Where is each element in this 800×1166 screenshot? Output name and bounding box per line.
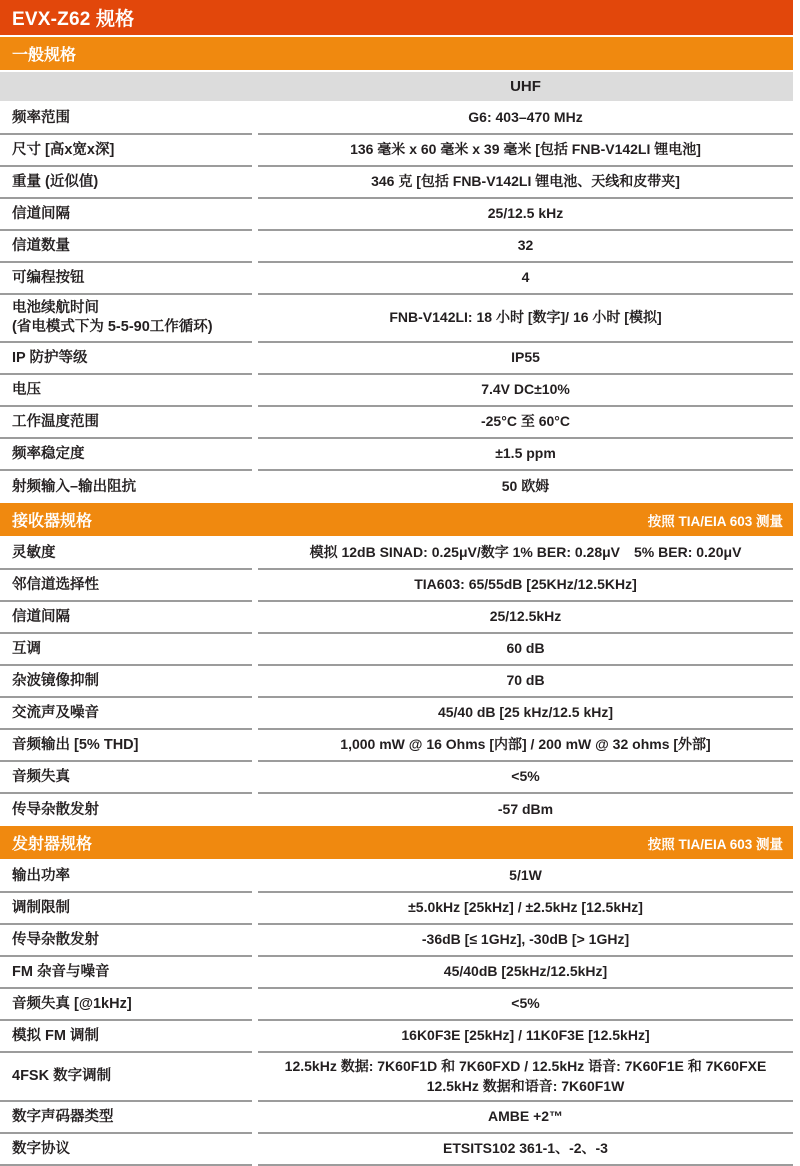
spec-value: 60 dB — [506, 639, 544, 659]
spec-value-cell: ±1.5 ppm — [258, 439, 793, 471]
spec-label: 调制限制 — [12, 899, 248, 918]
spec-row: IP 防护等级 IP55 — [0, 343, 793, 375]
section-title: 一般规格 — [12, 42, 76, 65]
spec-label-cell: 互调 — [0, 634, 252, 666]
spec-label-cell: 电池续航时间 (省电模式下为 5-5-90工作循环) — [0, 295, 252, 343]
spec-label: 重量 (近似值) — [12, 173, 248, 192]
spec-value: TIA603: 65/55dB [25KHz/12.5KHz] — [414, 575, 637, 595]
spec-row: 频率范围 G6: 403–470 MHz — [0, 103, 793, 135]
spec-label: 4FSK 数字调制 — [12, 1067, 248, 1086]
spec-label-cell: 灵敏度 — [0, 538, 252, 570]
spec-label: 传导杂散发射 — [12, 931, 248, 950]
spec-row: 杂波镜像抑制 70 dB — [0, 666, 793, 698]
spec-label: 输出功率 — [12, 867, 248, 886]
spec-value: 5/1W — [509, 866, 542, 886]
spec-rows: 频率范围 G6: 403–470 MHz 尺寸 [高x宽x深] 136 毫米 x… — [0, 103, 793, 503]
spec-label-cell: 4FSK 数字调制 — [0, 1053, 252, 1102]
spec-label: 信道数量 — [12, 237, 248, 256]
spec-row: 音频失真 [@1kHz] <5% — [0, 989, 793, 1021]
spec-label-cell: 尺寸 [高x宽x深] — [0, 135, 252, 167]
spec-value: 45/40dB [25kHz/12.5kHz] — [444, 962, 607, 982]
spec-value-cell: 60 dB — [258, 634, 793, 666]
spec-label: 杂波镜像抑制 — [12, 672, 248, 691]
spec-value-cell: 模拟 12dB SINAD: 0.25μV/数字 1% BER: 0.28μV … — [258, 538, 793, 570]
spec-value-cell: FNB-V142LI: 18 小时 [数字]/ 16 小时 [模拟] — [258, 295, 793, 343]
spec-label-cell: 信道间隔 — [0, 199, 252, 231]
spec-value-cell: 5/1W — [258, 861, 793, 893]
spec-row: FM 杂音与噪音 45/40dB [25kHz/12.5kHz] — [0, 957, 793, 989]
spec-value-cell: 70 dB — [258, 666, 793, 698]
spec-value: 45/40 dB [25 kHz/12.5 kHz] — [438, 703, 613, 723]
section-header-bar: 发射器规格 按照 TIA/EIA 603 测量 — [0, 826, 793, 859]
spec-value: ETSITS102 361-1、-2、-3 — [443, 1139, 608, 1159]
spec-value-cell: AMBE +2™ — [258, 1102, 793, 1134]
spec-value-cell: 50 欧姆 — [258, 471, 793, 503]
spec-label: 频率稳定度 — [12, 445, 248, 464]
spec-value: ±1.5 ppm — [495, 444, 556, 464]
spec-value-cell: TIA603: 65/55dB [25KHz/12.5KHz] — [258, 570, 793, 602]
spec-value: 32 — [518, 236, 534, 256]
spec-value-cell: G6: 403–470 MHz — [258, 103, 793, 135]
spec-label-cell: 模拟 FM 调制 — [0, 1021, 252, 1053]
spec-row: 电池续航时间 (省电模式下为 5-5-90工作循环) FNB-V142LI: 1… — [0, 295, 793, 343]
spec-sheet: EVX-Z62 规格 一般规格 UHF 频率范围 G6: 403–470 MHz… — [0, 0, 793, 1166]
spec-label-cell: 频率范围 — [0, 103, 252, 135]
spec-value: 7.4V DC±10% — [481, 380, 570, 400]
spec-row: 尺寸 [高x宽x深] 136 毫米 x 60 毫米 x 39 毫米 [包括 FN… — [0, 135, 793, 167]
spec-value-cell: 25/12.5kHz — [258, 602, 793, 634]
spec-row: 传导杂散发射 -36dB [≤ 1GHz], -30dB [> 1GHz] — [0, 925, 793, 957]
spec-value-cell: ±5.0kHz [25kHz] / ±2.5kHz [12.5kHz] — [258, 893, 793, 925]
spec-section: 接收器规格 按照 TIA/EIA 603 测量 灵敏度 模拟 12dB SINA… — [0, 503, 793, 826]
spec-label: 频率范围 — [12, 109, 248, 128]
spec-row: 数字协议 ETSITS102 361-1、-2、-3 — [0, 1134, 793, 1166]
section-title: 发射器规格 — [12, 831, 92, 854]
spec-row: 可编程按钮 4 — [0, 263, 793, 295]
spec-row: 灵敏度 模拟 12dB SINAD: 0.25μV/数字 1% BER: 0.2… — [0, 538, 793, 570]
spec-value: -25°C 至 60°C — [481, 412, 570, 432]
spec-label-cell: 信道数量 — [0, 231, 252, 263]
spec-label: 射频输入–输出阻抗 — [12, 478, 248, 497]
spec-label: 信道间隔 — [12, 608, 248, 627]
spec-label-cell: 音频失真 — [0, 762, 252, 794]
spec-label: 模拟 FM 调制 — [12, 1027, 248, 1046]
spec-value: 模拟 12dB SINAD: 0.25μV/数字 1% BER: 0.28μV … — [310, 543, 742, 563]
band-label: UHF — [258, 78, 793, 95]
spec-row: 输出功率 5/1W — [0, 861, 793, 893]
spec-label-cell: 音频失真 [@1kHz] — [0, 989, 252, 1021]
spec-label: 电池续航时间 — [12, 299, 248, 318]
spec-label-cell: IP 防护等级 — [0, 343, 252, 375]
section-header-bar: 接收器规格 按照 TIA/EIA 603 测量 — [0, 503, 793, 536]
spec-label-cell: 杂波镜像抑制 — [0, 666, 252, 698]
spec-row: 4FSK 数字调制 12.5kHz 数据: 7K60F1D 和 7K60FXD … — [0, 1053, 793, 1102]
spec-value: <5% — [511, 994, 539, 1014]
spec-rows: 灵敏度 模拟 12dB SINAD: 0.25μV/数字 1% BER: 0.2… — [0, 538, 793, 826]
spec-value: G6: 403–470 MHz — [468, 108, 582, 128]
spec-label-cell: 音频输出 [5% THD] — [0, 730, 252, 762]
spec-label-cell: 工作温度范围 — [0, 407, 252, 439]
spec-label: 电压 — [12, 381, 248, 400]
spec-label: 数字协议 — [12, 1140, 248, 1159]
spec-row: 数字声码器类型 AMBE +2™ — [0, 1102, 793, 1134]
spec-label: FM 杂音与噪音 — [12, 963, 248, 982]
spec-value-cell: 1,000 mW @ 16 Ohms [内部] / 200 mW @ 32 oh… — [258, 730, 793, 762]
spec-row: 交流声及噪音 45/40 dB [25 kHz/12.5 kHz] — [0, 698, 793, 730]
spec-label: 互调 — [12, 640, 248, 659]
spec-value: 16K0F3E [25kHz] / 11K0F3E [12.5kHz] — [401, 1026, 649, 1046]
spec-label-cell: 射频输入–输出阻抗 — [0, 471, 252, 503]
spec-label: 音频失真 — [12, 768, 248, 787]
spec-row: 重量 (近似值) 346 克 [包括 FNB-V142LI 锂电池、天线和皮带夹… — [0, 167, 793, 199]
spec-row: 音频失真 <5% — [0, 762, 793, 794]
spec-label-cell: 数字协议 — [0, 1134, 252, 1166]
spec-value: <5% — [511, 767, 539, 787]
spec-label-cell: 传导杂散发射 — [0, 925, 252, 957]
spec-rows: 输出功率 5/1W 调制限制 ±5.0kHz [25kHz] / ±2.5kHz… — [0, 861, 793, 1166]
spec-label-cell: 输出功率 — [0, 861, 252, 893]
spec-label-cell: 信道间隔 — [0, 602, 252, 634]
section-header-bar: 一般规格 — [0, 37, 793, 70]
spec-row: 频率稳定度 ±1.5 ppm — [0, 439, 793, 471]
spec-row: 互调 60 dB — [0, 634, 793, 666]
spec-value-cell: -57 dBm — [258, 794, 793, 826]
section-measurement-note: 按照 TIA/EIA 603 测量 — [648, 510, 783, 530]
spec-row: 电压 7.4V DC±10% — [0, 375, 793, 407]
spec-value-cell: 136 毫米 x 60 毫米 x 39 毫米 [包括 FNB-V142LI 锂电… — [258, 135, 793, 167]
spec-value: ±5.0kHz [25kHz] / ±2.5kHz [12.5kHz] — [408, 898, 643, 918]
spec-label: 邻信道选择性 — [12, 576, 248, 595]
spec-label-cell: 频率稳定度 — [0, 439, 252, 471]
spec-value-cell: 45/40 dB [25 kHz/12.5 kHz] — [258, 698, 793, 730]
spec-label-line2: (省电模式下为 5-5-90工作循环) — [12, 318, 248, 337]
spec-value-cell: 45/40dB [25kHz/12.5kHz] — [258, 957, 793, 989]
spec-value-cell: <5% — [258, 762, 793, 794]
spec-value-cell: IP55 — [258, 343, 793, 375]
spec-value: 4 — [522, 268, 530, 288]
spec-label: IP 防护等级 — [12, 349, 248, 368]
spec-label: 音频输出 [5% THD] — [12, 736, 248, 755]
spec-label-cell: FM 杂音与噪音 — [0, 957, 252, 989]
spec-value: -36dB [≤ 1GHz], -30dB [> 1GHz] — [422, 930, 629, 950]
spec-label-cell: 数字声码器类型 — [0, 1102, 252, 1134]
spec-row: 音频输出 [5% THD] 1,000 mW @ 16 Ohms [内部] / … — [0, 730, 793, 762]
spec-label: 数字声码器类型 — [12, 1108, 248, 1127]
spec-section: 发射器规格 按照 TIA/EIA 603 测量 输出功率 5/1W 调制限制 ±… — [0, 826, 793, 1166]
spec-value-cell: -25°C 至 60°C — [258, 407, 793, 439]
spec-value-cell: 4 — [258, 263, 793, 295]
spec-row: 信道数量 32 — [0, 231, 793, 263]
spec-row: 邻信道选择性 TIA603: 65/55dB [25KHz/12.5KHz] — [0, 570, 793, 602]
band-row: UHF — [0, 72, 793, 101]
spec-label: 音频失真 [@1kHz] — [12, 995, 248, 1014]
spec-value-cell: 25/12.5 kHz — [258, 199, 793, 231]
spec-label: 信道间隔 — [12, 205, 248, 224]
spec-label: 传导杂散发射 — [12, 801, 248, 820]
spec-section: 一般规格 UHF 频率范围 G6: 403–470 MHz 尺寸 [高x宽x深]… — [0, 37, 793, 503]
spec-value-cell: ETSITS102 361-1、-2、-3 — [258, 1134, 793, 1166]
spec-value: 50 欧姆 — [502, 477, 549, 497]
spec-label-cell: 传导杂散发射 — [0, 794, 252, 826]
spec-label: 灵敏度 — [12, 544, 248, 563]
spec-label-cell: 电压 — [0, 375, 252, 407]
spec-label-cell: 邻信道选择性 — [0, 570, 252, 602]
page-title: EVX-Z62 规格 — [12, 4, 134, 31]
spec-value-cell: 32 — [258, 231, 793, 263]
spec-label-cell: 交流声及噪音 — [0, 698, 252, 730]
section-measurement-note: 按照 TIA/EIA 603 测量 — [648, 833, 783, 853]
spec-row: 模拟 FM 调制 16K0F3E [25kHz] / 11K0F3E [12.5… — [0, 1021, 793, 1053]
spec-value: 12.5kHz 数据: 7K60F1D 和 7K60FXD / 12.5kHz … — [285, 1057, 767, 1077]
section-title: 接收器规格 — [12, 508, 92, 531]
spec-value: 136 毫米 x 60 毫米 x 39 毫米 [包括 FNB-V142LI 锂电… — [350, 140, 701, 160]
spec-row: 射频输入–输出阻抗 50 欧姆 — [0, 471, 793, 503]
spec-value-cell: -36dB [≤ 1GHz], -30dB [> 1GHz] — [258, 925, 793, 957]
spec-value: AMBE +2™ — [488, 1107, 563, 1127]
spec-row: 信道间隔 25/12.5kHz — [0, 602, 793, 634]
spec-value: IP55 — [511, 348, 540, 368]
spec-value-cell: 16K0F3E [25kHz] / 11K0F3E [12.5kHz] — [258, 1021, 793, 1053]
spec-row: 调制限制 ±5.0kHz [25kHz] / ±2.5kHz [12.5kHz] — [0, 893, 793, 925]
spec-value: 25/12.5kHz — [490, 607, 562, 627]
spec-label-cell: 调制限制 — [0, 893, 252, 925]
spec-value-line2: 12.5kHz 数据和语音: 7K60F1W — [427, 1077, 625, 1097]
spec-value: 346 克 [包括 FNB-V142LI 锂电池、天线和皮带夹] — [371, 172, 680, 192]
spec-label: 可编程按钮 — [12, 269, 248, 288]
spec-row: 传导杂散发射 -57 dBm — [0, 794, 793, 826]
spec-row: 工作温度范围 -25°C 至 60°C — [0, 407, 793, 439]
page-title-bar: EVX-Z62 规格 — [0, 0, 793, 35]
spec-value-cell: 12.5kHz 数据: 7K60F1D 和 7K60FXD / 12.5kHz … — [258, 1053, 793, 1102]
spec-label-cell: 重量 (近似值) — [0, 167, 252, 199]
spec-row: 信道间隔 25/12.5 kHz — [0, 199, 793, 231]
spec-value: 70 dB — [506, 671, 544, 691]
spec-label: 尺寸 [高x宽x深] — [12, 141, 248, 160]
spec-value: 1,000 mW @ 16 Ohms [内部] / 200 mW @ 32 oh… — [340, 735, 710, 755]
spec-label: 工作温度范围 — [12, 413, 248, 432]
spec-value-cell: <5% — [258, 989, 793, 1021]
spec-label-cell: 可编程按钮 — [0, 263, 252, 295]
spec-value: -57 dBm — [498, 800, 553, 820]
spec-sections: 一般规格 UHF 频率范围 G6: 403–470 MHz 尺寸 [高x宽x深]… — [0, 37, 793, 1166]
spec-value: 25/12.5 kHz — [488, 204, 564, 224]
spec-value: FNB-V142LI: 18 小时 [数字]/ 16 小时 [模拟] — [389, 308, 661, 328]
spec-value-cell: 7.4V DC±10% — [258, 375, 793, 407]
spec-value-cell: 346 克 [包括 FNB-V142LI 锂电池、天线和皮带夹] — [258, 167, 793, 199]
spec-label: 交流声及噪音 — [12, 704, 248, 723]
